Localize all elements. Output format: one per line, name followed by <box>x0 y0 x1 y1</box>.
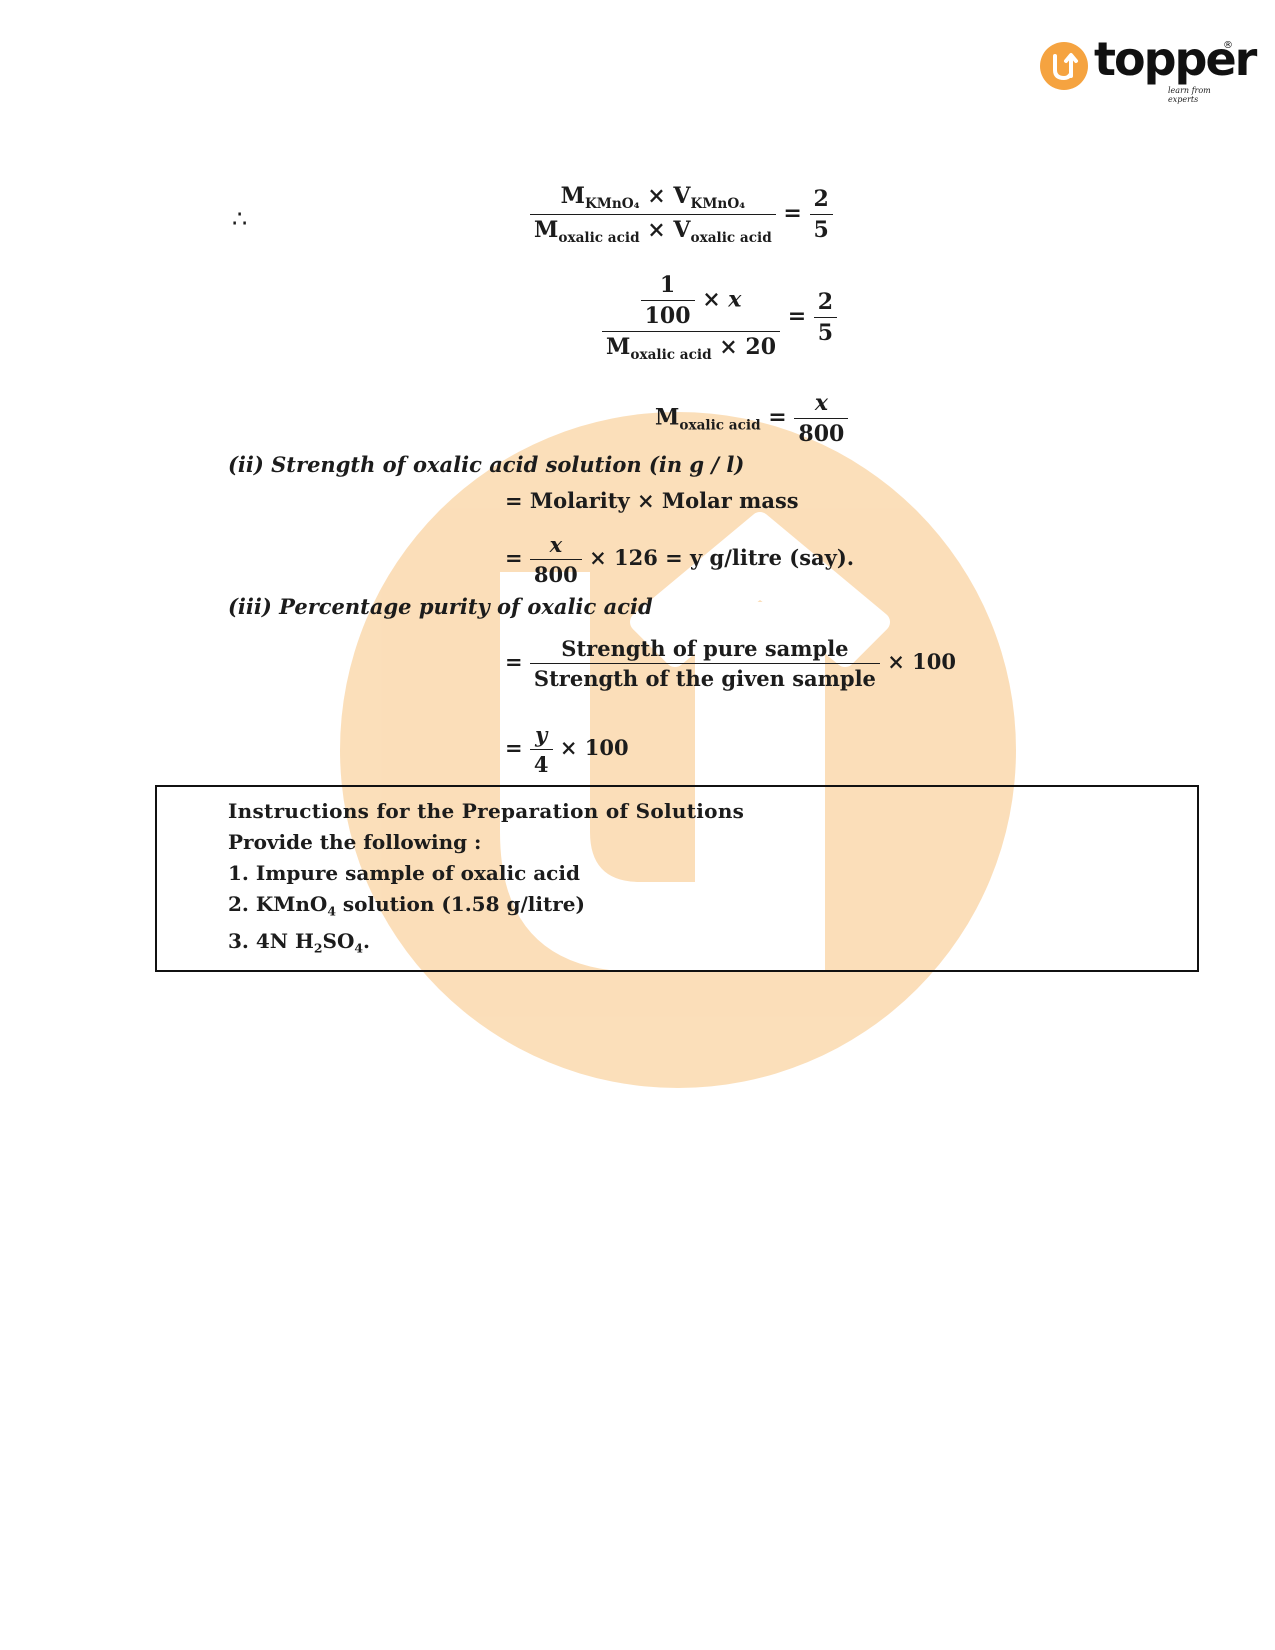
u-arrow-watermark-icon <box>340 412 1016 1088</box>
u-arrow-logo-icon <box>1040 42 1088 90</box>
instruction-item-2: 2. KMnO4 solution (1.58 g/litre) <box>228 889 744 926</box>
section-ii-heading: (ii) Strength of oxalic acid solution (i… <box>228 452 744 477</box>
section-ii-line-1: = Molarity × Molar mass <box>505 488 799 513</box>
equation-3: Moxalic acid = x800 <box>655 390 848 447</box>
instruction-item-1: 1. Impure sample of oxalic acid <box>228 858 744 889</box>
registered-mark: ® <box>1223 40 1233 51</box>
equation-1: MKMnO₄ × VKMnO₄ Moxalic acid × Voxalic a… <box>530 183 833 246</box>
logo-tagline: learn from experts <box>1168 86 1230 104</box>
instructions-title: Instructions for the Preparation of Solu… <box>228 796 744 827</box>
instructions-content: Instructions for the Preparation of Solu… <box>228 796 744 964</box>
equation-2: 1100 × x Moxalic acid × 20 = 25 <box>602 272 837 363</box>
topper-logo: topper ® learn from experts <box>1040 38 1230 102</box>
section-iii-heading: (iii) Percentage purity of oxalic acid <box>228 594 653 619</box>
section-iii-line-2: = y4 × 100 <box>505 722 629 777</box>
section-iii-line-1: = Strength of pure sampleStrength of the… <box>505 636 956 691</box>
section-ii-line-2: = x800 × 126 = y g/litre (say). <box>505 532 854 587</box>
instruction-item-3: 3. 4N H2SO4. <box>228 926 744 963</box>
instructions-intro: Provide the following : <box>228 827 744 858</box>
therefore-symbol: ∴ <box>232 205 247 233</box>
